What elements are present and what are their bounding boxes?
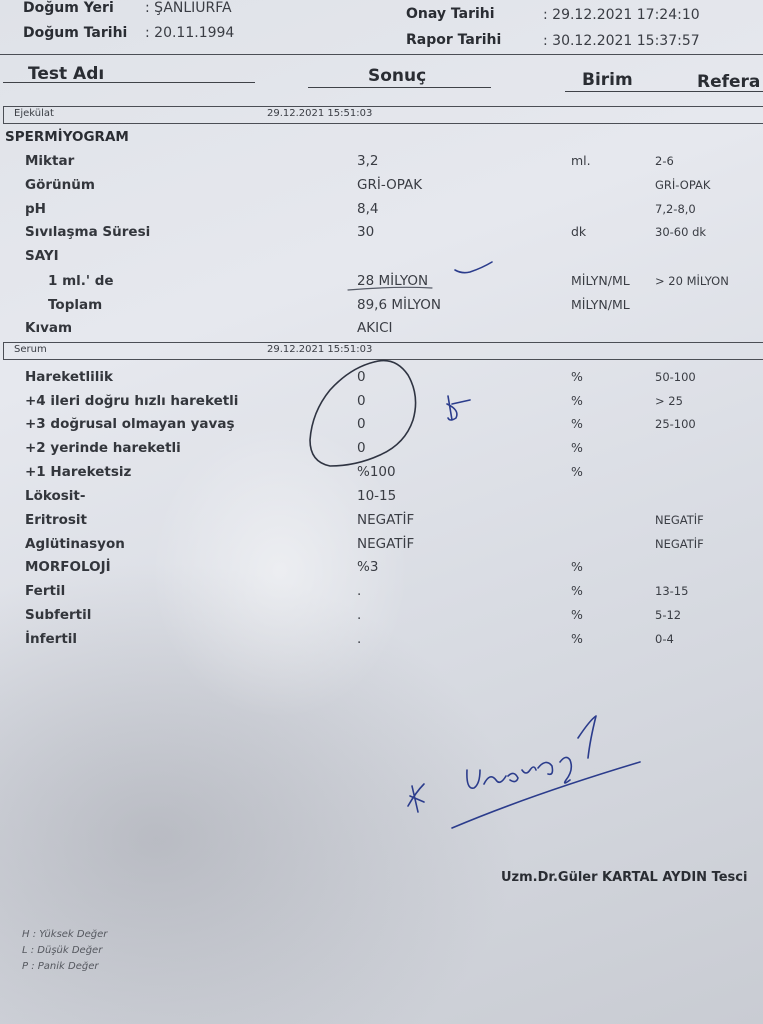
sample-timestamp: 29.12.2021 15:51:03 [267,344,372,355]
test-result: NEGATİF [357,512,414,528]
table-row: 1 ml.' de 28 MİLYON MİLYN/ML > 20 MİLYON [0,273,763,295]
test-name: +2 yerinde hareketli [25,440,181,456]
table-row: Hareketlilik 0 % 50-100 [0,369,763,391]
test-result: 8,4 [357,201,378,217]
test-name: Aglütinasyon [25,536,125,552]
test-result: %3 [357,559,378,575]
group-title: SPERMİYOGRAM [5,129,129,145]
test-result: 10-15 [357,488,396,504]
test-unit: % [571,440,583,455]
column-underline [308,87,491,88]
test-name: Hareketlilik [25,369,113,385]
test-reference: NEGATİF [655,537,704,551]
table-row: Toplam 89,6 MİLYON MİLYN/ML [0,297,763,319]
report-date-value: : 30.12.2021 15:37:57 [543,33,700,49]
column-underline [3,82,255,83]
signature-text [467,716,596,788]
test-result: 3,2 [357,153,378,169]
test-result: %100 [357,464,396,480]
birth-date-value: : 20.11.1994 [145,25,234,41]
test-name: 1 ml.' de [48,273,114,289]
column-result: Sonuç [368,66,426,86]
sample-type: Ejekülat [14,108,54,119]
test-result: GRİ-OPAK [357,177,422,193]
test-reference: 50-100 [655,370,696,384]
table-row: +2 yerinde hareketli 0 % [0,440,763,462]
test-name: SAYI [25,248,59,264]
table-row: SAYI [0,248,763,270]
test-unit: ml. [571,153,591,168]
signature-underline [452,762,640,828]
column-unit: Birim [582,70,633,90]
table-row: Lökosit- 10-15 [0,488,763,510]
table-row: Kıvam AKICI [0,320,763,342]
test-unit: % [571,393,583,408]
test-result: 0 [357,416,366,432]
test-reference: 5-12 [655,608,681,622]
test-reference: NEGATİF [655,513,704,527]
test-reference: 13-15 [655,584,688,598]
test-name: pH [25,201,46,217]
test-reference: 7,2-8,0 [655,202,696,216]
table-row: Eritrosit NEGATİF NEGATİF [0,512,763,534]
table-row: +3 doğrusal olmayan yavaş 0 % 25-100 [0,416,763,438]
test-name: +3 doğrusal olmayan yavaş [25,416,235,432]
test-reference: > 25 [655,394,683,408]
test-name: Sıvılaşma Süresi [25,224,150,240]
section-header-ejaculate: Ejekülat 29.12.2021 15:51:03 [3,106,763,124]
test-reference: 0-4 [655,632,674,646]
test-result: 28 MİLYON [357,273,428,289]
sample-timestamp: 29.12.2021 15:51:03 [267,108,372,119]
header-divider [0,54,763,55]
birth-place-value: : ŞANLIURFA [145,0,232,16]
test-name: MORFOLOJİ [25,559,111,575]
test-unit: % [571,559,583,574]
test-name: Toplam [48,297,102,313]
test-name: Kıvam [25,320,72,336]
report-date-label: Rapor Tarihi [406,32,501,48]
legend-item: L : Düşük Değer [22,945,102,956]
test-reference: 25-100 [655,417,696,431]
legend-item: P : Panik Değer [22,961,98,972]
test-name: +1 Hareketsiz [25,464,131,480]
test-name: Lökosit- [25,488,86,504]
table-row: +1 Hareketsiz %100 % [0,464,763,486]
test-result: . [357,607,361,623]
test-result: NEGATİF [357,536,414,552]
test-unit: MİLYN/ML [571,273,630,288]
test-unit: % [571,416,583,431]
test-name: Fertil [25,583,65,599]
test-reference: 2-6 [655,154,674,168]
approval-date-label: Onay Tarihi [406,6,495,22]
test-result: AKICI [357,320,392,336]
test-name: Eritrosit [25,512,87,528]
legend-item: H : Yüksek Değer [22,929,107,940]
test-unit: % [571,369,583,384]
signature-mark-icon [408,784,424,812]
test-result: 0 [357,393,366,409]
table-row: +4 ileri doğru hızlı hareketli 0 % > 25 [0,393,763,415]
test-name: Subfertil [25,607,91,623]
test-unit: dk [571,224,586,239]
test-reference: 30-60 dk [655,225,706,239]
table-row: Miktar 3,2 ml. 2-6 [0,153,763,175]
test-unit: % [571,607,583,622]
table-row: Fertil . % 13-15 [0,583,763,605]
birth-date-label: Doğum Tarihi [23,25,127,41]
test-result: 30 [357,224,374,240]
column-test-name: Test Adı [28,64,104,84]
table-row: Görünüm GRİ-OPAK GRİ-OPAK [0,177,763,199]
approval-date-value: : 29.12.2021 17:24:10 [543,7,700,23]
table-row: Aglütinasyon NEGATİF NEGATİF [0,536,763,558]
test-name: Görünüm [25,177,95,193]
test-result: . [357,631,361,647]
section-header-serum: Serum 29.12.2021 15:51:03 [3,342,763,360]
table-row: İnfertil . % 0-4 [0,631,763,653]
signer-name: Uzm.Dr.Güler KARTAL AYDIN Tesci [501,870,747,885]
test-unit: MİLYN/ML [571,297,630,312]
test-result: 89,6 MİLYON [357,297,441,313]
test-unit: % [571,464,583,479]
test-unit: % [571,583,583,598]
test-unit: % [571,631,583,646]
birth-place-label: Doğum Yeri [23,0,114,16]
test-result: . [357,583,361,599]
test-reference: > 20 MİLYON [655,274,729,288]
test-result: 0 [357,440,366,456]
test-result: 0 [357,369,366,385]
test-name: İnfertil [25,631,77,647]
column-reference: Refera [697,72,760,92]
table-row: pH 8,4 7,2-8,0 [0,201,763,223]
table-row: Subfertil . % 5-12 [0,607,763,629]
test-reference: GRİ-OPAK [655,178,710,192]
test-name: +4 ileri doğru hızlı hareketli [25,393,238,409]
table-row: MORFOLOJİ %3 % [0,559,763,581]
table-row: Sıvılaşma Süresi 30 dk 30-60 dk [0,224,763,246]
test-name: Miktar [25,153,74,169]
sample-type: Serum [14,344,47,355]
